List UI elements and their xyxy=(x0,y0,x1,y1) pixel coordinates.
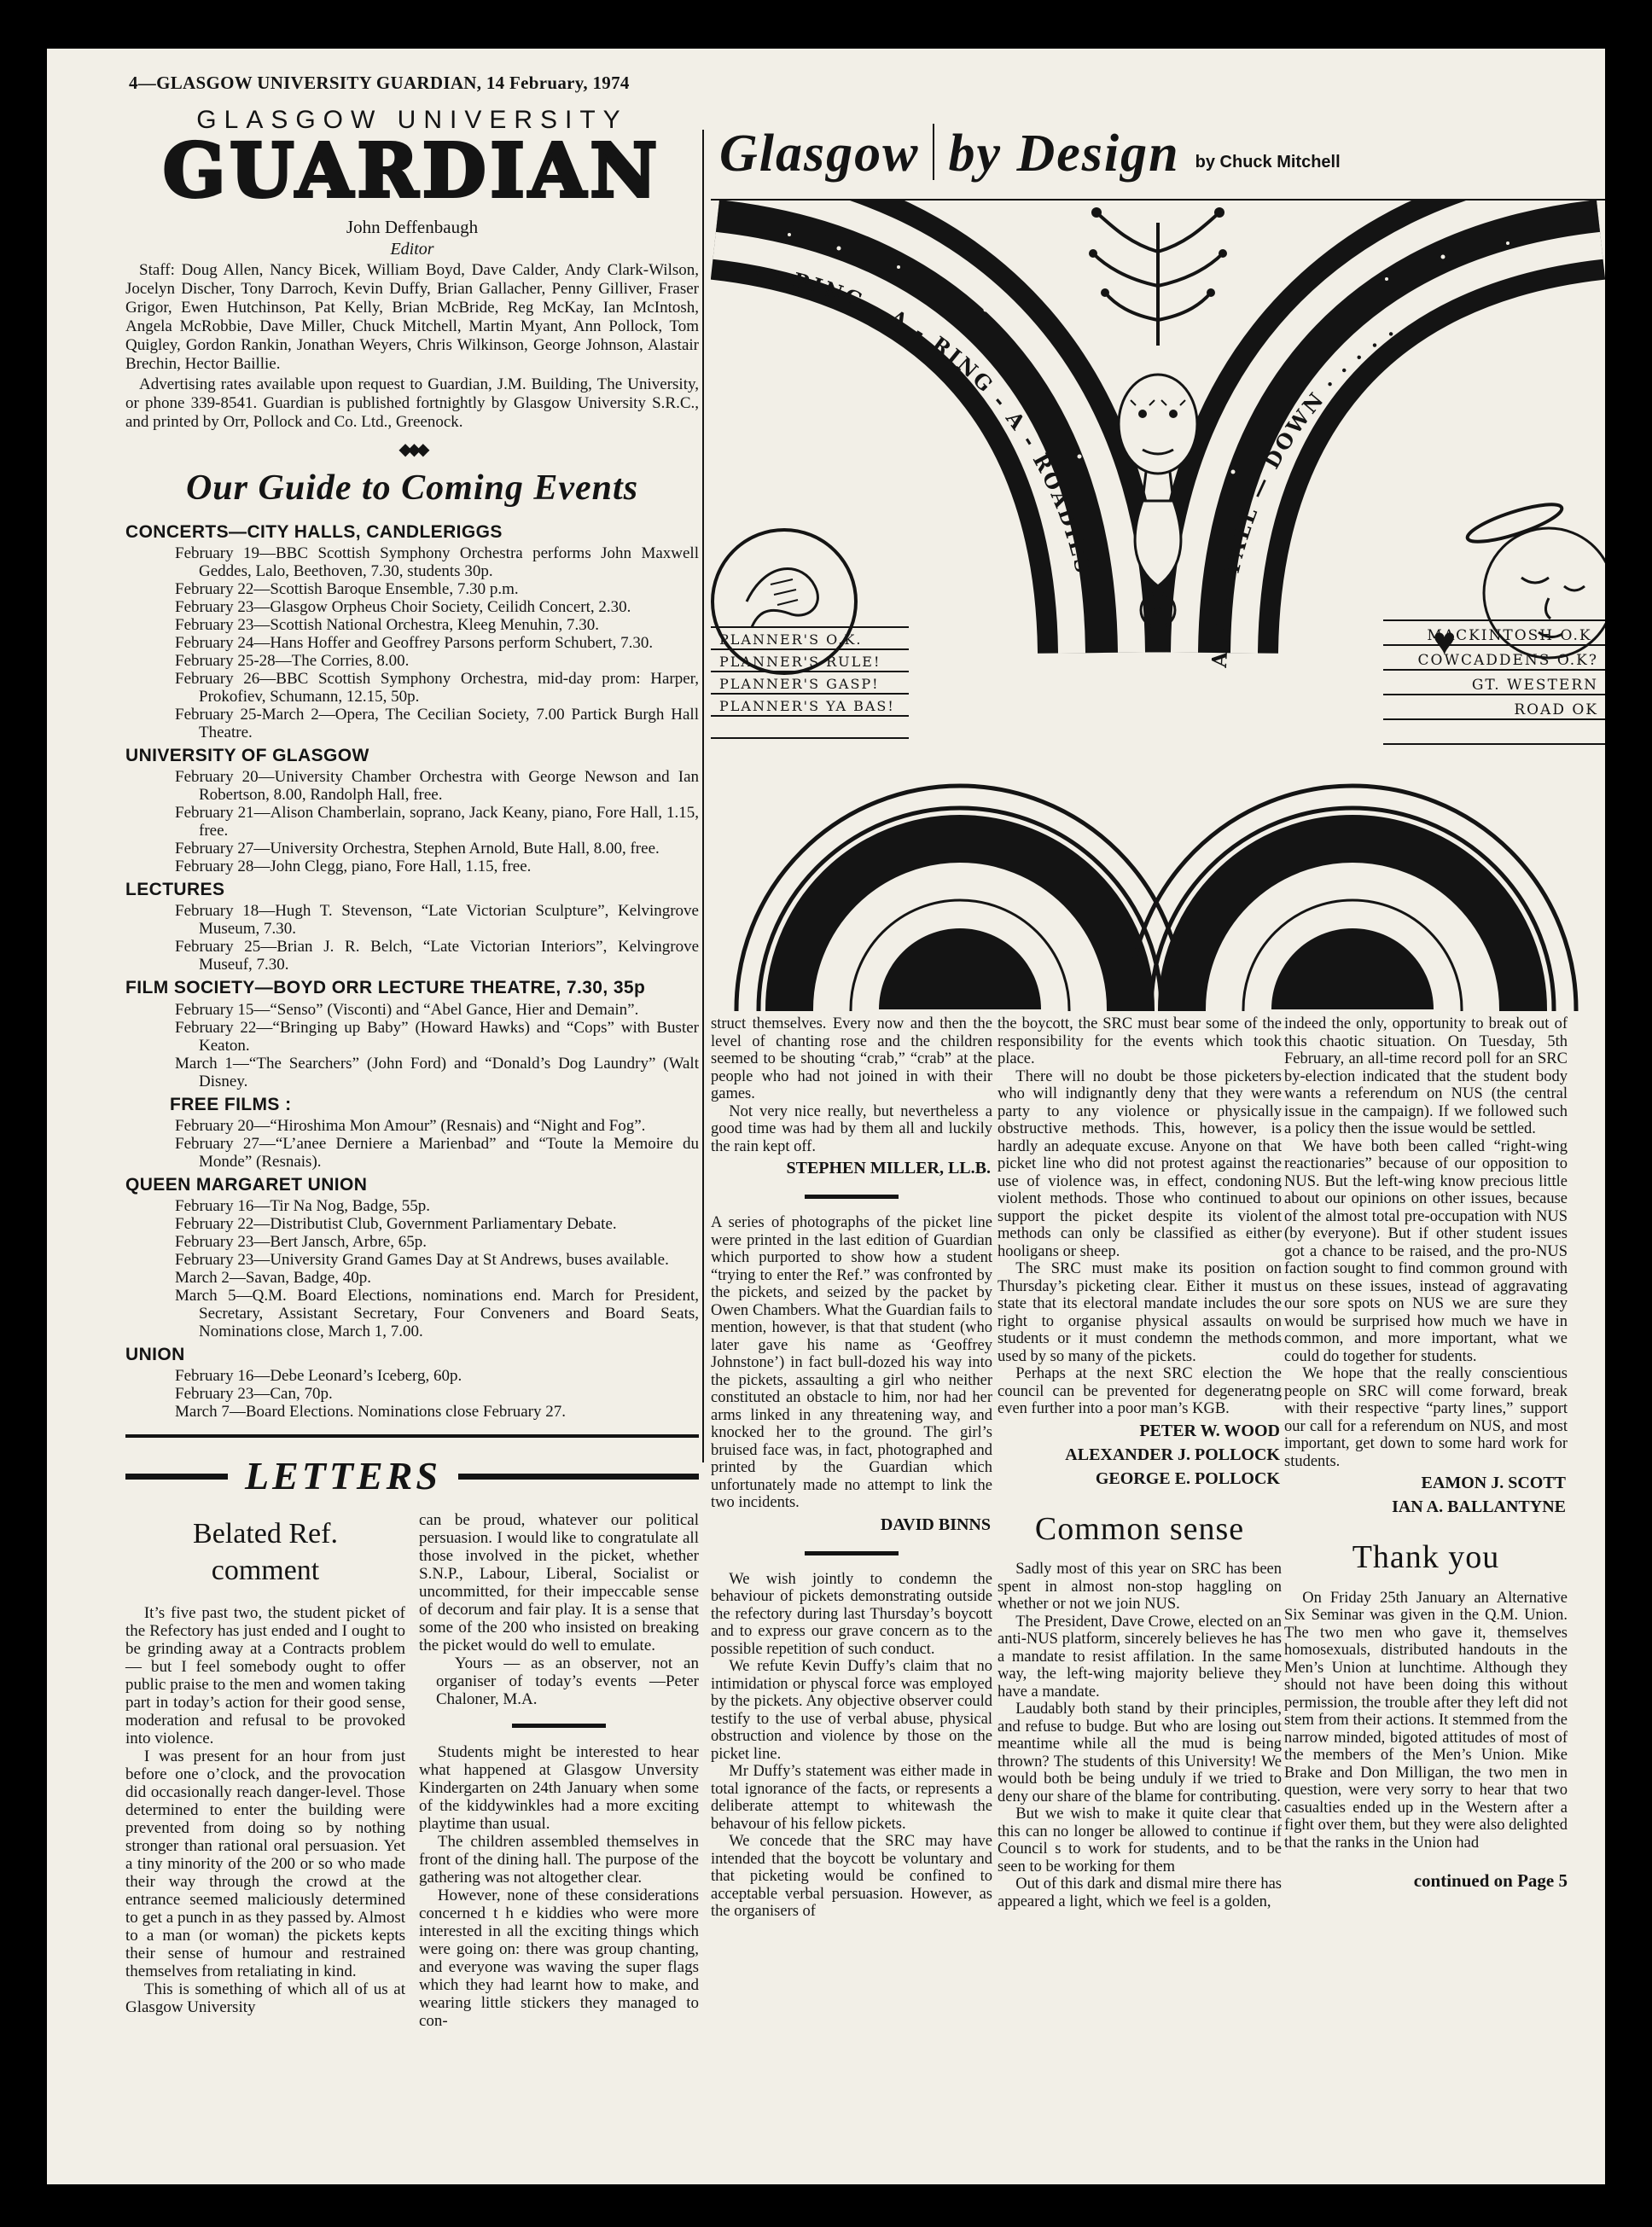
column-divider-rule xyxy=(702,130,704,1462)
event-item: March 7—Board Elections. Nominations clo… xyxy=(125,1403,699,1421)
staff-list: Staff: Doug Allen, Nancy Bicek, William … xyxy=(125,261,699,374)
signature: IAN A. BALLANTYNE xyxy=(1284,1497,1566,1518)
panel-right-label: MACKINTOSH O.K. xyxy=(1427,627,1598,644)
article-column-4: the boycott, the SRC must bear some of t… xyxy=(998,1015,1282,1910)
masthead-title: GUARDIAN xyxy=(125,136,699,207)
signature: GEORGE E. POLLOCK xyxy=(998,1468,1280,1490)
event-item: February 22—“Bringing up Baby” (Howard H… xyxy=(125,1019,699,1055)
newspaper-page: 4—GLASGOW UNIVERSITY GUARDIAN, 14 Februa… xyxy=(0,0,1652,2227)
event-item: February 28—John Clegg, piano, Fore Hall… xyxy=(125,858,699,875)
editor-title: Editor xyxy=(125,239,699,259)
event-item: February 19—BBC Scottish Symphony Orches… xyxy=(125,544,699,580)
signature: PETER W. WOOD xyxy=(998,1421,1280,1442)
event-item: February 27—University Orchestra, Stephe… xyxy=(125,840,699,858)
signature: ALEXANDER J. POLLOCK xyxy=(998,1445,1280,1466)
article-paragraph: Out of this dark and dismal mire there h… xyxy=(998,1875,1282,1910)
event-item: February 20—University Chamber Orchestra… xyxy=(125,768,699,804)
letter-paragraph: I was present for an hour from just befo… xyxy=(125,1747,405,1980)
page-header: 4—GLASGOW UNIVERSITY GUARDIAN, 14 Februa… xyxy=(129,73,699,94)
event-item: February 25-28—The Corries, 8.00. xyxy=(125,652,699,670)
letter-signoff: Yours — as an observer, not an organiser… xyxy=(419,1654,699,1708)
article-column-3: struct themselves. Every now and then th… xyxy=(711,1015,992,1921)
panel-left-label: PLANNER'S YA BAS! xyxy=(719,698,895,714)
events-section-heading: UNIVERSITY OF GLASGOW xyxy=(125,745,699,766)
letter-divider xyxy=(512,1724,606,1728)
panel-right-label: ROAD OK xyxy=(1514,701,1598,718)
article-paragraph: There will no doubt be those picketers w… xyxy=(998,1068,1282,1261)
event-item: February 24—Hans Hoffer and Geoffrey Par… xyxy=(125,634,699,652)
panel-left-label: PLANNER'S O.K. xyxy=(719,631,862,648)
panel-left-label: PLANNER'S RULE! xyxy=(719,654,881,670)
events-section-heading: CONCERTS—CITY HALLS, CANDLERIGGS xyxy=(125,521,699,543)
event-item: March 1—“The Searchers” (John Ford) and … xyxy=(125,1055,699,1090)
event-item: February 20—“Hiroshima Mon Amour” (Resna… xyxy=(125,1117,699,1135)
dome-left xyxy=(736,786,1184,1011)
event-item: February 22—Distributist Club, Governmen… xyxy=(125,1215,699,1233)
event-item: February 18—Hugh T. Stevenson, “Late Vic… xyxy=(125,902,699,938)
letter-column-1: Belated Ref. comment It’s five past two,… xyxy=(125,1511,405,2030)
article-paragraph: We refute Kevin Duffy’s claim that no in… xyxy=(711,1658,992,1763)
article-paragraph: Not very nice really, but nevertheless a… xyxy=(711,1103,992,1156)
glasgow-by-design-illustration: · · RING - A - RING - A - ROADIES ALL — … xyxy=(711,199,1605,1011)
letters-rule-right xyxy=(458,1474,699,1480)
event-item: February 23—Bert Jansch, Arbre, 65p. xyxy=(125,1233,699,1251)
letters-heading-row: LETTERS xyxy=(125,1457,699,1496)
dome-right xyxy=(1129,786,1576,1011)
editor-name: John Deffenbaugh xyxy=(125,216,699,238)
article-heading: Thank you xyxy=(1284,1540,1568,1576)
article-paragraph: the boycott, the SRC must bear some of t… xyxy=(998,1015,1282,1068)
article-paragraph: We wish jointly to condemn the behaviour… xyxy=(711,1571,992,1659)
article-column-5: indeed the only, opportunity to break ou… xyxy=(1284,1015,1568,1892)
letter-paragraph: The children assembled themselves in fro… xyxy=(419,1833,699,1887)
events-section-heading: QUEEN MARGARET UNION xyxy=(125,1174,699,1195)
diamond-ornament-icon: ◆◆◆ xyxy=(125,439,699,460)
article-paragraph: Sadly most of this year on SRC has been … xyxy=(998,1561,1282,1614)
panel-right-label: COWCADDENS O.K? xyxy=(1418,652,1598,669)
event-item: February 25-March 2—Opera, The Cecilian … xyxy=(125,706,699,741)
event-item: March 2—Savan, Badge, 40p. xyxy=(125,1269,699,1287)
article-paragraph: The President, Dave Crowe, elected on an… xyxy=(998,1614,1282,1701)
event-item: February 16—Tir Na Nog, Badge, 55p. xyxy=(125,1197,699,1215)
design-title-right: by Design xyxy=(948,127,1179,180)
event-item: February 23—University Grand Games Day a… xyxy=(125,1251,699,1269)
letters-columns: Belated Ref. comment It’s five past two,… xyxy=(125,1511,699,2030)
events-section-heading: LECTURES xyxy=(125,879,699,900)
event-item: March 5—Q.M. Board Elections, nomination… xyxy=(125,1287,699,1340)
event-item: February 25—Brian J. R. Belch, “Late Vic… xyxy=(125,938,699,974)
event-item: February 16—Debe Leonard’s Iceberg, 60p. xyxy=(125,1367,699,1385)
article-paragraph: But we wish to make it quite clear that … xyxy=(998,1805,1282,1875)
event-item: February 15—“Senso” (Visconti) and “Abel… xyxy=(125,1001,699,1019)
event-item: February 22—Scottish Baroque Ensemble, 7… xyxy=(125,580,699,598)
article-paragraph: indeed the only, opportunity to break ou… xyxy=(1284,1015,1568,1138)
events-section-heading: FREE FILMS : xyxy=(170,1094,699,1115)
letter-paragraph: Students might be interested to hear wha… xyxy=(419,1743,699,1833)
event-item: February 21—Alison Chamberlain, soprano,… xyxy=(125,804,699,840)
article-divider xyxy=(805,1195,899,1199)
letter-paragraph: This is something of which all of us at … xyxy=(125,1980,405,2016)
title-divider-rule xyxy=(933,124,934,180)
letter-paragraph: It’s five past two, the student picket o… xyxy=(125,1604,405,1747)
design-title-left: Glasgow xyxy=(719,127,919,180)
events-section-heading: FILM SOCIETY—BOYD ORR LECTURE THEATRE, 7… xyxy=(125,977,699,998)
letters-heading: LETTERS xyxy=(245,1457,441,1496)
signature: DAVID BINNS xyxy=(711,1515,991,1536)
panel-right-label: GT. WESTERN xyxy=(1472,677,1598,694)
article-divider xyxy=(805,1551,899,1555)
events-section-heading: UNION xyxy=(125,1344,699,1365)
event-item: February 27—“L’anee Derniere a Marienbad… xyxy=(125,1135,699,1171)
letter-paragraph: can be proud, whatever our political per… xyxy=(419,1511,699,1654)
article-paragraph: Laudably both stand by their principles,… xyxy=(998,1701,1282,1805)
letters-rule-left xyxy=(125,1474,228,1480)
continued-note: continued on Page 5 xyxy=(1284,1870,1568,1892)
article-paragraph: We hope that the really conscientious pe… xyxy=(1284,1365,1568,1470)
signature: EAMON J. SCOTT xyxy=(1284,1473,1566,1494)
events-guide: CONCERTS—CITY HALLS, CANDLERIGGS Februar… xyxy=(125,521,699,1438)
article-paragraph: Mr Duffy’s statement was either made in … xyxy=(711,1763,992,1833)
letter-column-2: can be proud, whatever our political per… xyxy=(419,1511,699,2030)
left-caption-panel: PLANNER'S O.K. PLANNER'S RULE! PLANNER'S… xyxy=(711,627,909,738)
article-paragraph: A series of photographs of the picket li… xyxy=(711,1214,992,1512)
article-paragraph: On Friday 25th January an Alternative Si… xyxy=(1284,1590,1568,1852)
page-sheet: 4—GLASGOW UNIVERSITY GUARDIAN, 14 Februa… xyxy=(47,49,1605,2184)
article-paragraph: The SRC must make its position on Thursd… xyxy=(998,1260,1282,1365)
event-item: February 26—BBC Scottish Symphony Orches… xyxy=(125,670,699,706)
event-item: February 23—Glasgow Orpheus Choir Societ… xyxy=(125,598,699,616)
bird-medallion xyxy=(713,530,856,673)
central-vase xyxy=(1135,501,1181,627)
article-paragraph: We have both been called “right-wing rea… xyxy=(1284,1138,1568,1366)
article-paragraph: We concede that the SRC may have intende… xyxy=(711,1833,992,1921)
article-heading: Common sense xyxy=(998,1512,1282,1548)
plant-sprout xyxy=(1093,212,1223,346)
left-column: 4—GLASGOW UNIVERSITY GUARDIAN, 14 Februa… xyxy=(125,73,699,2030)
right-caption-panel: ♥ MACKINTOSH O.K. COWCADDENS O.K? GT. WE… xyxy=(1383,619,1605,744)
design-title-row: Glasgow by Design by Chuck Mitchell xyxy=(719,124,1605,180)
article-paragraph: struct themselves. Every now and then th… xyxy=(711,1015,992,1103)
letter-paragraph: However, none of these considerations co… xyxy=(419,1887,699,2030)
advertising-note: Advertising rates available upon request… xyxy=(125,375,699,432)
event-item: February 23—Can, 70p. xyxy=(125,1385,699,1403)
letter-title: Belated Ref. comment xyxy=(125,1516,405,1589)
illustration-canvas: · · RING - A - RING - A - ROADIES ALL — … xyxy=(711,201,1605,1011)
article-paragraph: Perhaps at the next SRC election the cou… xyxy=(998,1365,1282,1418)
panel-left-label: PLANNER'S GASP! xyxy=(719,676,880,692)
design-byline: by Chuck Mitchell xyxy=(1195,153,1341,172)
signature: STEPHEN MILLER, LL.B. xyxy=(711,1158,991,1179)
event-item: February 23—Scottish National Orchestra,… xyxy=(125,616,699,634)
events-guide-title: Our Guide to Coming Events xyxy=(125,468,699,508)
